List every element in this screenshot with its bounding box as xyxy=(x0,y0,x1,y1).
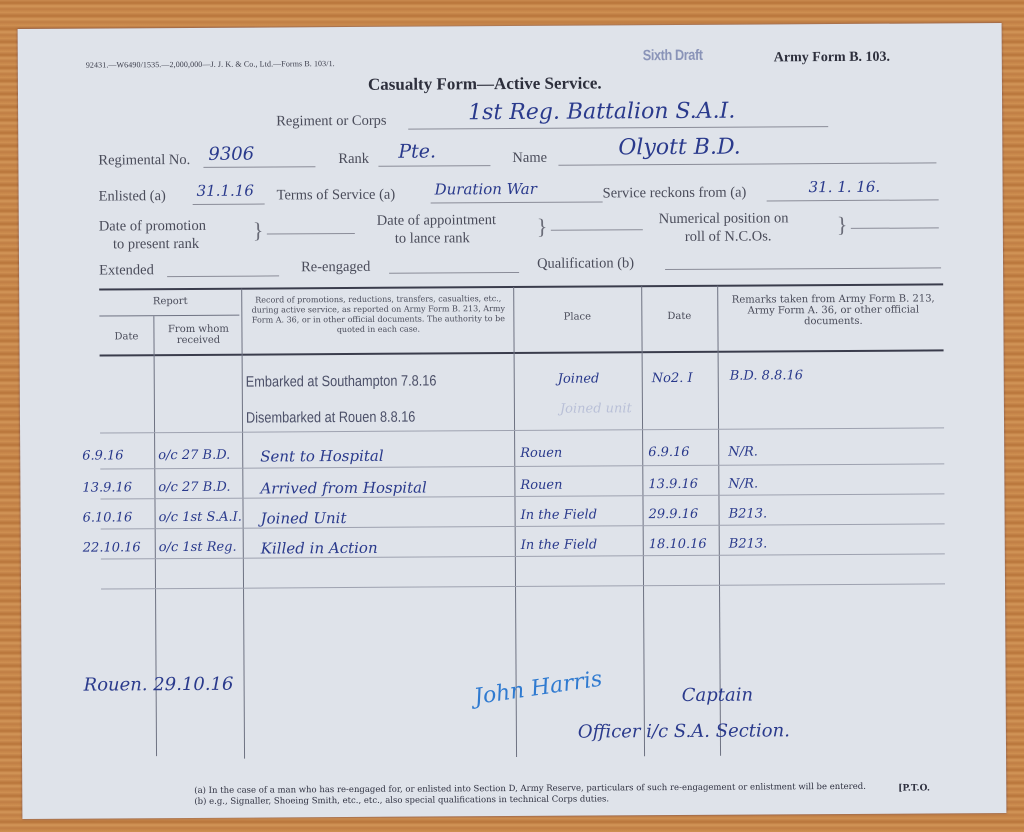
row-rule-2 xyxy=(100,463,944,469)
promotion-underline xyxy=(267,233,355,235)
reengaged-label: Re-engaged xyxy=(301,259,370,276)
embarked-stamp: Embarked at Southampton 7.8.16 xyxy=(246,372,437,390)
service-reckons-value: 31. 1. 16. xyxy=(809,178,881,196)
header-report: Report xyxy=(99,296,241,308)
service-reckons-underline xyxy=(767,199,939,201)
service-reckons-label: Service reckons from (a) xyxy=(603,185,747,203)
header-from-whom: From whom received xyxy=(155,324,241,347)
header-date2: Date xyxy=(641,311,717,322)
regimental-no-underline xyxy=(203,166,315,168)
record-rows: 6.9.16o/c 27 B.D.Sent to HospitalRouen6.… xyxy=(18,23,1002,29)
cell-remarks: N/R. xyxy=(728,476,758,491)
terms-value: Duration War xyxy=(435,180,537,199)
lance-label-2: to lance rank xyxy=(395,230,470,247)
cell-place: Rouen xyxy=(520,446,562,461)
signature: John Harris xyxy=(473,667,604,710)
joined-remarks: B.D. 8.8.16 xyxy=(730,368,803,383)
cell-record: Killed in Action xyxy=(261,539,378,558)
report-divider xyxy=(99,315,239,317)
extended-label: Extended xyxy=(99,262,154,279)
casualty-form-document: 92431.—W6490/1535.—2,000,000—J. J. K. & … xyxy=(18,23,1007,819)
rank-underline xyxy=(378,165,490,167)
extended-underline xyxy=(167,275,279,277)
nco-label-1: Numerical position on xyxy=(659,210,789,228)
cell-date: 6.9.16 xyxy=(82,448,123,463)
row-rule-1 xyxy=(100,427,944,433)
qualification-label: Qualification (b) xyxy=(537,255,634,273)
cell-place: In the Field xyxy=(521,507,598,522)
lance-label-1: Date of appointment xyxy=(377,212,496,230)
cell-record: Sent to Hospital xyxy=(260,447,384,466)
table-row: 22.10.16o/c 1st Reg.Killed in ActionIn t… xyxy=(18,23,1002,29)
col-divider-place xyxy=(641,286,645,756)
cell-remarks: B213. xyxy=(729,506,768,521)
rank-label: Rank xyxy=(338,151,369,168)
nco-underline xyxy=(851,227,939,229)
draft-stamp: Sixth Draft xyxy=(643,47,703,64)
regiment-label: Regiment or Corps xyxy=(276,113,386,131)
header-bottom-rule xyxy=(100,349,944,356)
header-remarks: Remarks taken from Army Form B. 213, Arm… xyxy=(731,293,935,327)
printer-line: 92431.—W6490/1535.—2,000,000—J. J. K. & … xyxy=(86,59,335,70)
enlisted-label: Enlisted (a) xyxy=(99,188,166,205)
cell-date: 22.10.16 xyxy=(83,540,141,555)
signoff-title: Captain xyxy=(682,685,753,706)
name-label: Name xyxy=(512,150,547,167)
row-rule-6 xyxy=(101,583,945,589)
terms-underline xyxy=(431,201,603,203)
cell-remarks: B213. xyxy=(729,536,768,551)
lance-brace: } xyxy=(537,214,548,240)
header-record: Record of promotions, reductions, transf… xyxy=(251,294,505,336)
joined-date: No2. I xyxy=(652,371,693,386)
cell-record: Joined Unit xyxy=(261,509,347,528)
regimental-no-value: 9306 xyxy=(208,144,254,165)
promotion-brace: } xyxy=(253,218,264,244)
pto-note: [P.T.O. xyxy=(898,783,930,793)
cell-from: o/c 27 B.D. xyxy=(158,480,230,495)
cell-record: Arrived from Hospital xyxy=(260,479,427,498)
regimental-no-label: Regimental No. xyxy=(98,152,190,170)
cell-place: In the Field xyxy=(521,537,598,552)
qualification-underline xyxy=(665,267,941,270)
header-place: Place xyxy=(513,311,641,323)
cell-date2: 29.9.16 xyxy=(649,507,699,522)
cell-date: 13.9.16 xyxy=(82,480,132,495)
table-row: 13.9.16o/c 27 B.D.Arrived from HospitalR… xyxy=(18,23,1002,29)
terms-label: Terms of Service (a) xyxy=(277,187,396,205)
cell-date2: 18.10.16 xyxy=(649,537,707,552)
cell-remarks: N/R. xyxy=(728,444,758,459)
cell-place: Rouen xyxy=(520,478,562,493)
regiment-underline xyxy=(408,126,828,130)
reengaged-underline xyxy=(389,272,519,274)
promotion-label-2: to present rank xyxy=(113,236,199,254)
header-date: Date xyxy=(99,331,153,342)
nco-label-2: roll of N.C.Os. xyxy=(685,228,772,246)
enlisted-value: 31.1.16 xyxy=(197,182,254,200)
name-underline xyxy=(558,162,936,165)
signoff-place-date: Rouen. 29.10.16 xyxy=(84,674,234,696)
cell-from: o/c 27 B.D. xyxy=(158,448,230,463)
joined-place: Joined xyxy=(558,371,600,386)
footnote-a: (a) In the case of a man who has re-enga… xyxy=(194,782,866,796)
enlisted-underline xyxy=(193,204,265,205)
cell-date: 6.10.16 xyxy=(83,510,133,525)
faded-note: Joined unit xyxy=(560,401,632,416)
record-table: Report Date From whom received Record of… xyxy=(18,23,1002,29)
table-top-rule xyxy=(99,283,943,290)
form-title: Casualty Form—Active Service. xyxy=(368,73,602,94)
regiment-value: 1st Reg. Battalion S.A.I. xyxy=(468,99,735,126)
cell-from: o/c 1st S.A.I. xyxy=(159,510,242,526)
cell-date2: 13.9.16 xyxy=(648,477,698,492)
rank-value: Pte. xyxy=(398,140,436,162)
name-value: Olyott B.D. xyxy=(618,135,741,161)
disembarked-stamp: Disembarked at Rouen 8.8.16 xyxy=(246,409,416,427)
cell-from: o/c 1st Reg. xyxy=(159,540,237,555)
footnote-b: (b) e.g., Signaller, Shoeing Smith, etc.… xyxy=(194,794,609,807)
promotion-label-1: Date of promotion xyxy=(99,218,206,236)
cell-date2: 6.9.16 xyxy=(648,445,689,460)
nco-brace: } xyxy=(837,212,848,238)
lance-underline xyxy=(551,229,643,231)
signoff-officer: Officer i/c S.A. Section. xyxy=(578,720,790,742)
form-number: Army Form B. 103. xyxy=(774,50,890,67)
table-row: 6.10.16o/c 1st S.A.I.Joined UnitIn the F… xyxy=(18,23,1002,29)
table-row: 6.9.16o/c 27 B.D.Sent to HospitalRouen6.… xyxy=(18,23,1002,29)
